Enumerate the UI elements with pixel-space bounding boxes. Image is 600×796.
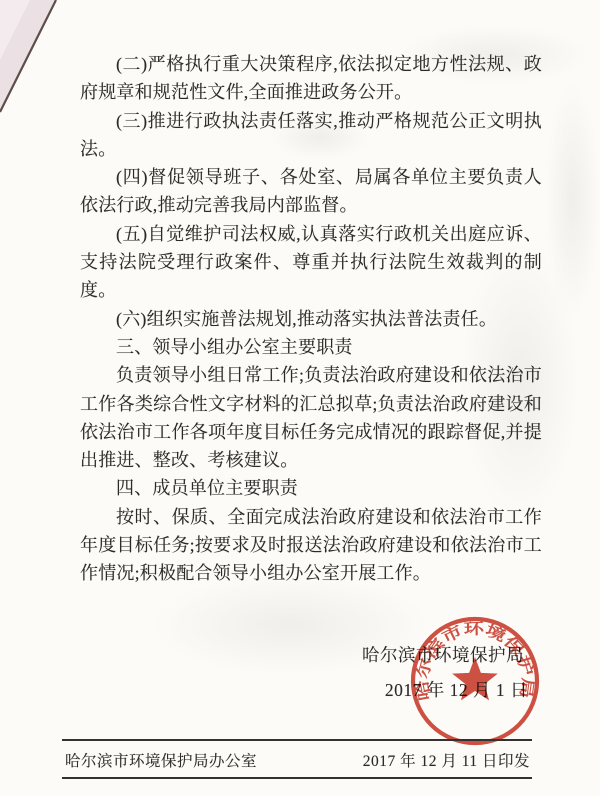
paragraph-item-4: (四)督促领导班子、各处室、局属各单位主要负责人依法行政,推动完善我局内部监督。 xyxy=(80,163,542,220)
section-4-body: 按时、保质、全面完成法治政府建设和依法治市工作年度目标任务;按要求及时报送法治政… xyxy=(80,503,542,588)
section-heading-4: 四、成员单位主要职责 xyxy=(80,474,542,502)
seal-star-icon xyxy=(452,657,498,700)
page-corner-fold xyxy=(0,0,62,118)
footer-print-date: 2017 年 12 月 11 日印发 xyxy=(363,749,530,771)
footer: 哈尔滨市环境保护局办公室 2017 年 12 月 11 日印发 xyxy=(65,749,530,771)
paragraph-item-5: (五)自觉维护司法权威,认真落实行政机关出庭应诉、支持法院受理行政案件、尊重并执… xyxy=(80,220,542,305)
paragraph-item-2: (二)严格执行重大决策程序,依法拟定地方性法规、政府规章和规范性文件,全面推进政… xyxy=(80,50,542,107)
scan-smudge xyxy=(545,80,600,320)
document-body: (二)严格执行重大决策程序,依法拟定地方性法规、政府规章和规范性文件,全面推进政… xyxy=(80,50,542,588)
scanned-document-page: (二)严格执行重大决策程序,依法拟定地方性法规、政府规章和规范性文件,全面推进政… xyxy=(0,0,600,796)
paragraph-item-3: (三)推进行政执法责任落实,推动严格规范公正文明执法。 xyxy=(80,107,542,164)
section-heading-3: 三、领导小组办公室主要职责 xyxy=(80,333,542,361)
footer-issuer: 哈尔滨市环境保护局办公室 xyxy=(65,749,257,771)
footer-rule-top xyxy=(62,739,532,741)
paragraph-item-6: (六)组织实施普法规划,推动落实执法普法责任。 xyxy=(80,305,542,333)
footer-rule-bottom xyxy=(62,777,532,779)
official-seal: 哈尔滨市环境保护局 xyxy=(405,611,545,751)
section-3-body: 负责领导小组日常工作;负责法治政府建设和依法治市工作各类综合性文字材料的汇总拟草… xyxy=(80,361,542,474)
